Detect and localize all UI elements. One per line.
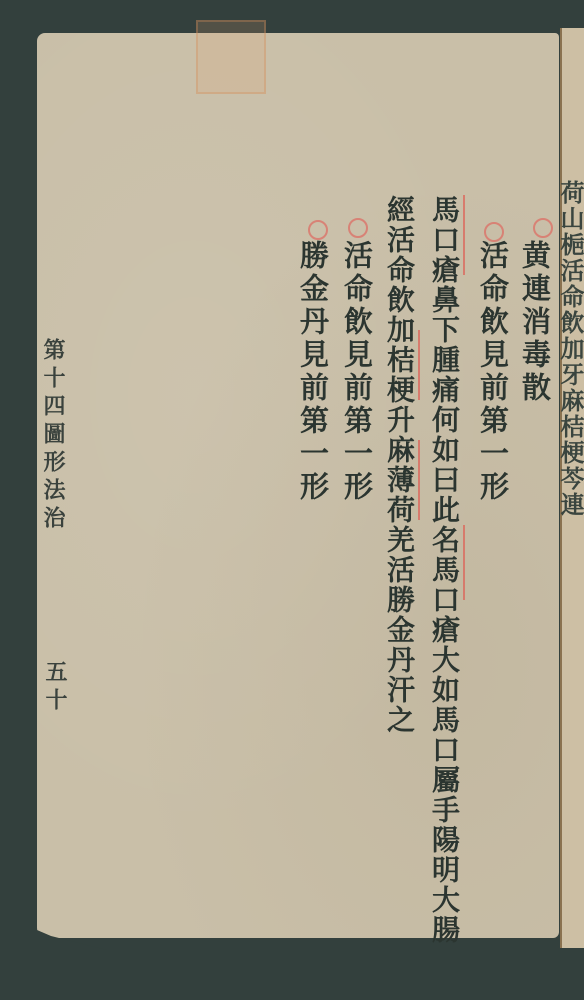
remedy-column-3: 勝金丹見前第一形 [298, 240, 327, 504]
formula-title-column: 黄連消毒散 [520, 240, 549, 405]
page-number: 五十 [40, 660, 71, 716]
remedy-column-2: 活命飲見前第一形 [342, 240, 371, 504]
red-circle-marker [308, 220, 328, 240]
description-column: 馬口瘡鼻下腫痛何如曰此名馬口瘡大如馬口屬手陽明大腸 [430, 195, 458, 945]
red-circle-marker [348, 218, 368, 238]
adjacent-page-text: 荷山梔活命飲加牙麻桔梗芩連 [558, 180, 582, 518]
red-annotation-line [463, 195, 465, 275]
red-circle-marker [484, 222, 504, 242]
red-annotation-line [418, 440, 420, 520]
red-annotation-line [463, 525, 465, 600]
section-title-margin: 第十四圖形法治 [38, 338, 69, 534]
description-continuation-column: 經活命飲加桔梗升麻薄荷羌活勝金丹汗之 [385, 195, 413, 735]
red-annotation-line [418, 330, 420, 400]
red-circle-marker [533, 218, 553, 238]
faded-seal-stamp [196, 20, 266, 94]
remedy-column-1: 活命飲見前第一形 [478, 240, 507, 504]
